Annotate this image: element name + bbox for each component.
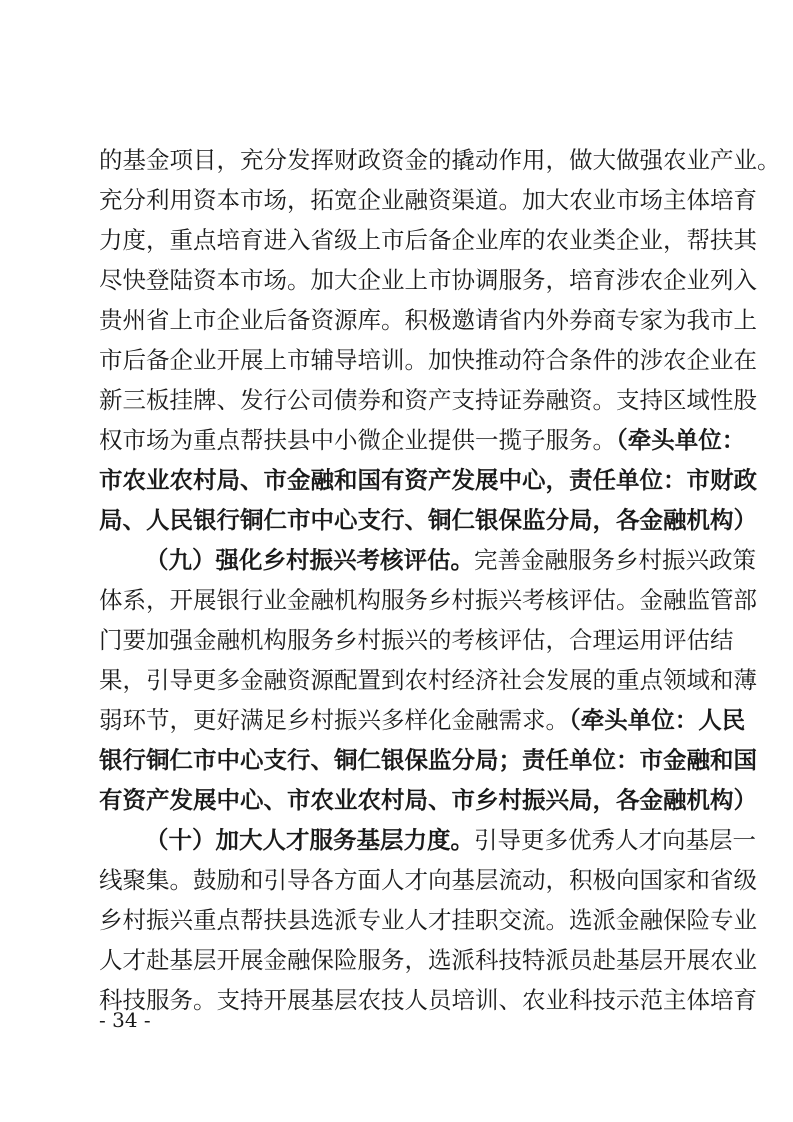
- responsible-units: 局、人民银行铜仁市中心支行、铜仁银保监分局，各金融机构）: [99, 506, 757, 534]
- text-segment: 完善金融服务乡村振兴政策: [474, 546, 756, 574]
- text-line: 有资产发展中心、市农业农村局、市乡村振兴局，各金融机构）: [99, 780, 699, 820]
- text-line: 市农业农村局、市金融和国有资产发展中心，责任单位：市财政: [99, 460, 699, 500]
- text-segment: 引导更多优秀人才向基层一: [474, 826, 756, 854]
- text-segment: 的基金项目，充分发挥财政资金的撬动作用，做大做强农业产业。: [99, 146, 781, 174]
- text-line: 新三板挂牌、发行公司债券和资产支持证券融资。支持区域性股: [99, 380, 699, 420]
- text-segment: 体系，开展银行业金融机构服务乡村振兴考核评估。金融监管部: [99, 586, 757, 614]
- text-segment: 贵州省上市企业后备资源库。积极邀请省内外券商专家为我市上: [99, 306, 757, 334]
- text-line: 科技服务。支持开展基层农技人员培训、农业科技示范主体培育: [99, 980, 699, 1020]
- section-heading-9: （九）强化乡村振兴考核评估。: [145, 546, 474, 574]
- text-line: 尽快登陆资本市场。加大企业上市协调服务，培育涉农企业列入: [99, 260, 699, 300]
- lead-unit-label: （牵头单位：: [616, 426, 745, 454]
- text-segment: 力度，重点培育进入省级上市后备企业库的农业类企业，帮扶其: [99, 226, 757, 254]
- responsible-units: 银行铜仁市中心支行、铜仁银保监分局；责任单位：市金融和国: [99, 746, 757, 774]
- text-line: 银行铜仁市中心支行、铜仁银保监分局；责任单位：市金融和国: [99, 740, 699, 780]
- text-line: 线聚集。鼓励和引导各方面人才向基层流动，积极向国家和省级: [99, 860, 699, 900]
- text-line: 的基金项目，充分发挥财政资金的撬动作用，做大做强农业产业。: [99, 140, 699, 180]
- text-line: 弱环节，更好满足乡村振兴多样化金融需求。（牵头单位：人民: [99, 700, 699, 740]
- responsible-units: 有资产发展中心、市农业农村局、市乡村振兴局，各金融机构）: [99, 786, 757, 814]
- text-line: 果，引导更多金融资源配置到农村经济社会发展的重点领域和薄: [99, 660, 699, 700]
- lead-unit-label: （牵头单位：人民: [569, 706, 745, 734]
- text-line: 体系，开展银行业金融机构服务乡村振兴考核评估。金融监管部: [99, 580, 699, 620]
- text-segment: 科技服务。支持开展基层农技人员培训、农业科技示范主体培育: [99, 986, 757, 1014]
- text-segment: 果，引导更多金融资源配置到农村经济社会发展的重点领域和薄: [99, 666, 757, 694]
- text-line: 市后备企业开展上市辅导培训。加快推动符合条件的涉农企业在: [99, 340, 699, 380]
- text-line: 人才赴基层开展金融保险服务，选派科技特派员赴基层开展农业: [99, 940, 699, 980]
- text-segment: 人才赴基层开展金融保险服务，选派科技特派员赴基层开展农业: [99, 946, 757, 974]
- text-line: 乡村振兴重点帮扶县选派专业人才挂职交流。选派金融保险专业: [99, 900, 699, 940]
- text-segment: 门要加强金融机构服务乡村振兴的考核评估，合理运用评估结: [99, 626, 734, 654]
- responsible-units: 市农业农村局、市金融和国有资产发展中心，责任单位：市财政: [99, 466, 757, 494]
- text-segment: 线聚集。鼓励和引导各方面人才向基层流动，积极向国家和省级: [99, 866, 757, 894]
- text-segment: 新三板挂牌、发行公司债券和资产支持证券融资。支持区域性股: [99, 386, 757, 414]
- section-heading-10: （十）加大人才服务基层力度。: [145, 826, 474, 854]
- text-line: 局、人民银行铜仁市中心支行、铜仁银保监分局，各金融机构）: [99, 500, 699, 540]
- section-heading-line: （十）加大人才服务基层力度。引导更多优秀人才向基层一: [99, 820, 699, 860]
- text-line: 力度，重点培育进入省级上市后备企业库的农业类企业，帮扶其: [99, 220, 699, 260]
- text-segment: 市后备企业开展上市辅导培训。加快推动符合条件的涉农企业在: [99, 346, 757, 374]
- text-line: 充分利用资本市场，拓宽企业融资渠道。加大农业市场主体培育: [99, 180, 699, 220]
- document-page: 的基金项目，充分发挥财政资金的撬动作用，做大做强农业产业。 充分利用资本市场，拓…: [0, 0, 793, 1122]
- text-segment: 充分利用资本市场，拓宽企业融资渠道。加大农业市场主体培育: [99, 186, 757, 214]
- text-line: 贵州省上市企业后备资源库。积极邀请省内外券商专家为我市上: [99, 300, 699, 340]
- text-line: 权市场为重点帮扶县中小微企业提供一揽子服务。（牵头单位：: [99, 420, 699, 460]
- page-number: - 34 -: [99, 1008, 151, 1032]
- section-heading-line: （九）强化乡村振兴考核评估。完善金融服务乡村振兴政策: [99, 540, 699, 580]
- text-segment: 尽快登陆资本市场。加大企业上市协调服务，培育涉农企业列入: [99, 266, 757, 294]
- text-segment: 弱环节，更好满足乡村振兴多样化金融需求。: [99, 706, 569, 734]
- text-line: 门要加强金融机构服务乡村振兴的考核评估，合理运用评估结: [99, 620, 699, 660]
- text-segment: 乡村振兴重点帮扶县选派专业人才挂职交流。选派金融保险专业: [99, 906, 757, 934]
- text-segment: 权市场为重点帮扶县中小微企业提供一揽子服务。: [99, 426, 616, 454]
